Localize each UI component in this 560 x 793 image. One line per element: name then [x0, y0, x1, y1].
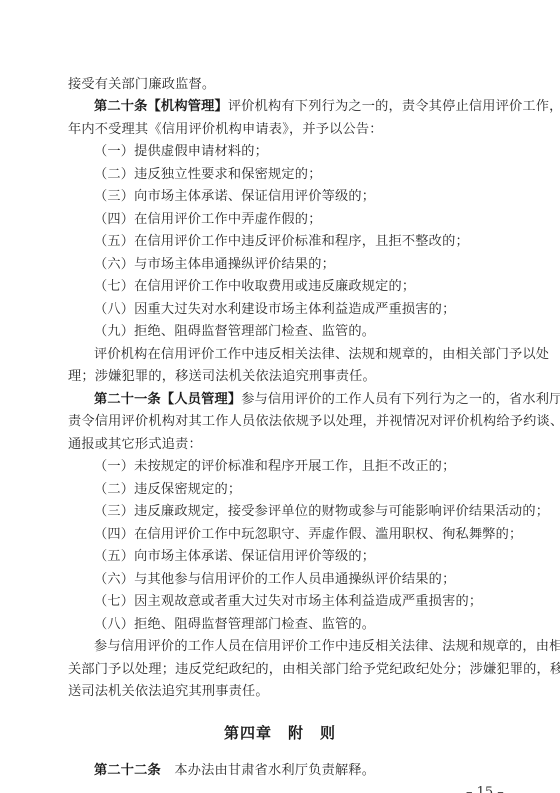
line-text: （二）违反保密规定的； — [94, 482, 241, 497]
article-heading: 第二十条【机构管理】 — [94, 99, 228, 114]
line-text: （八）因重大过失对水利建设市场主体利益造成严重损害的； — [94, 302, 455, 317]
article-20-title: 第二十条【机构管理】评价机构有下列行为之一的，责令其停止信用评价工作，3 — [94, 96, 524, 119]
list-item: （四）在信用评价工作中弄虚作假的； — [94, 209, 524, 232]
list-item: （八）拒绝、阻碍监督管理部门检查、监管的。 — [94, 614, 524, 637]
line-text: 参与信用评价的工作人员有下列行为之一的，省水利厅 — [241, 392, 560, 407]
document-page: 接受有关部门廉政监督。 第二十条【机构管理】评价机构有下列行为之一的，责令其停止… — [0, 0, 560, 793]
chapter-heading: 第四章 附 则 — [0, 722, 560, 743]
line-text: 参与信用评价的工作人员在信用评价工作中违反相关法律、法规和规章的，由相 — [94, 639, 560, 654]
paragraph-line: 关部门予以处理；违反党纪政纪的，由相关部门给予党纪政纪处分；涉嫌犯罪的，移 — [68, 659, 498, 682]
article-21-title: 第二十一条【人员管理】参与信用评价的工作人员有下列行为之一的，省水利厅 — [94, 389, 524, 412]
list-item: （一）未按规定的评价标准和程序开展工作，且拒不改正的； — [94, 456, 524, 479]
line-text: 接受有关部门廉政监督。 — [68, 77, 215, 92]
line-text: （八）拒绝、阻碍监督管理部门检查、监管的。 — [94, 617, 375, 632]
line-text: （一）未按规定的评价标准和程序开展工作，且拒不改正的； — [94, 459, 455, 474]
line-text: （六）与市场主体串通操纵评价结果的； — [94, 257, 335, 272]
line-text: （四）在信用评价工作中玩忽职守、弄虚作假、滥用职权、徇私舞弊的； — [94, 527, 522, 542]
paragraph-line: 参与信用评价的工作人员在信用评价工作中违反相关法律、法规和规章的，由相 — [94, 636, 524, 659]
line-text: 关部门予以处理；违反党纪政纪的，由相关部门给予党纪政纪处分；涉嫌犯罪的，移 — [68, 662, 560, 677]
list-item: （七）在信用评价工作中收取费用或违反廉政规定的； — [94, 276, 524, 299]
line-text: （九）拒绝、阻碍监督管理部门检查、监管的。 — [94, 324, 375, 339]
line-text: （六）与其他参与信用评价的工作人员串通操纵评价结果的； — [94, 572, 455, 587]
line-text: 理；涉嫌犯罪的，移送司法机关依法追究刑事责任。 — [68, 369, 376, 384]
list-item: （三）违反廉政规定，接受参评单位的财物或参与可能影响评价结果活动的； — [94, 501, 524, 524]
paragraph-line: 责令信用评价机构对其工作人员依法依规予以处理，并视情况对评价机构给予约谈、 — [68, 411, 498, 434]
line-text: 评价机构在信用评价工作中违反相关法律、法规和规章的，由相关部门予以处 — [94, 347, 549, 362]
article-heading: 第二十二条 — [94, 763, 161, 778]
list-item: （六）与市场主体串通操纵评价结果的； — [94, 254, 524, 277]
line-text: （五）在信用评价工作中违反评价标准和程序，且拒不整改的； — [94, 234, 469, 249]
list-item: （三）向市场主体承诺、保证信用评价等级的； — [94, 186, 524, 209]
list-item: （四）在信用评价工作中玩忽职守、弄虚作假、滥用职权、徇私舞弊的； — [94, 524, 524, 547]
line-text: 责令信用评价机构对其工作人员依法依规予以处理，并视情况对评价机构给予约谈、 — [68, 414, 560, 429]
list-item: （五）向市场主体承诺、保证信用评价等级的； — [94, 546, 524, 569]
line-text: （五）向市场主体承诺、保证信用评价等级的； — [94, 549, 375, 564]
line-text: （二）违反独立性要求和保密规定的； — [94, 167, 322, 182]
paragraph-line: 通报或其它形式追责： — [68, 434, 498, 457]
line-text: （七）在信用评价工作中收取费用或违反廉政规定的； — [94, 279, 415, 294]
paragraph-line: 理；涉嫌犯罪的，移送司法机关依法追究刑事责任。 — [68, 366, 498, 389]
line-text: 本办法由甘肃省水利厅负责解释。 — [161, 763, 375, 778]
paragraph-line: 送司法机关依法追究其刑事责任。 — [68, 681, 498, 704]
list-item: （五）在信用评价工作中违反评价标准和程序，且拒不整改的； — [94, 231, 524, 254]
line-text: 评价机构有下列行为之一的，责令其停止信用评价工作，3 — [228, 99, 560, 114]
line-text: 通报或其它形式追责： — [68, 437, 202, 452]
list-item: （九）拒绝、阻碍监督管理部门检查、监管的。 — [94, 321, 524, 344]
line-text: 年内不受理其《信用评价机构申请表》，并予以公告： — [68, 122, 383, 137]
list-item: （六）与其他参与信用评价的工作人员串通操纵评价结果的； — [94, 569, 524, 592]
list-item: （七）因主观故意或者重大过失对市场主体利益造成严重损害的； — [94, 591, 524, 614]
line-text: 送司法机关依法追究其刑事责任。 — [68, 684, 269, 699]
list-item: （二）违反保密规定的； — [94, 479, 524, 502]
paragraph-line: 接受有关部门廉政监督。 — [68, 74, 498, 97]
line-text: （三）违反廉政规定，接受参评单位的财物或参与可能影响评价结果活动的； — [94, 504, 549, 519]
line-text: （四）在信用评价工作中弄虚作假的； — [94, 212, 322, 227]
list-item: （八）因重大过失对水利建设市场主体利益造成严重损害的； — [94, 299, 524, 322]
page-number: – 15 – — [466, 785, 504, 793]
line-text: （三）向市场主体承诺、保证信用评价等级的； — [94, 189, 375, 204]
article-heading: 第二十一条【人员管理】 — [94, 392, 241, 407]
list-item: （一）提供虚假申请材料的； — [94, 141, 524, 164]
line-text: （一）提供虚假申请材料的； — [94, 144, 268, 159]
line-text: （七）因主观故意或者重大过失对市场主体利益造成严重损害的； — [94, 594, 482, 609]
paragraph-line: 年内不受理其《信用评价机构申请表》，并予以公告： — [68, 119, 498, 142]
list-item: （二）违反独立性要求和保密规定的； — [94, 164, 524, 187]
article-22: 第二十二条 本办法由甘肃省水利厅负责解释。 — [94, 760, 524, 783]
paragraph-line: 评价机构在信用评价工作中违反相关法律、法规和规章的，由相关部门予以处 — [94, 344, 524, 367]
